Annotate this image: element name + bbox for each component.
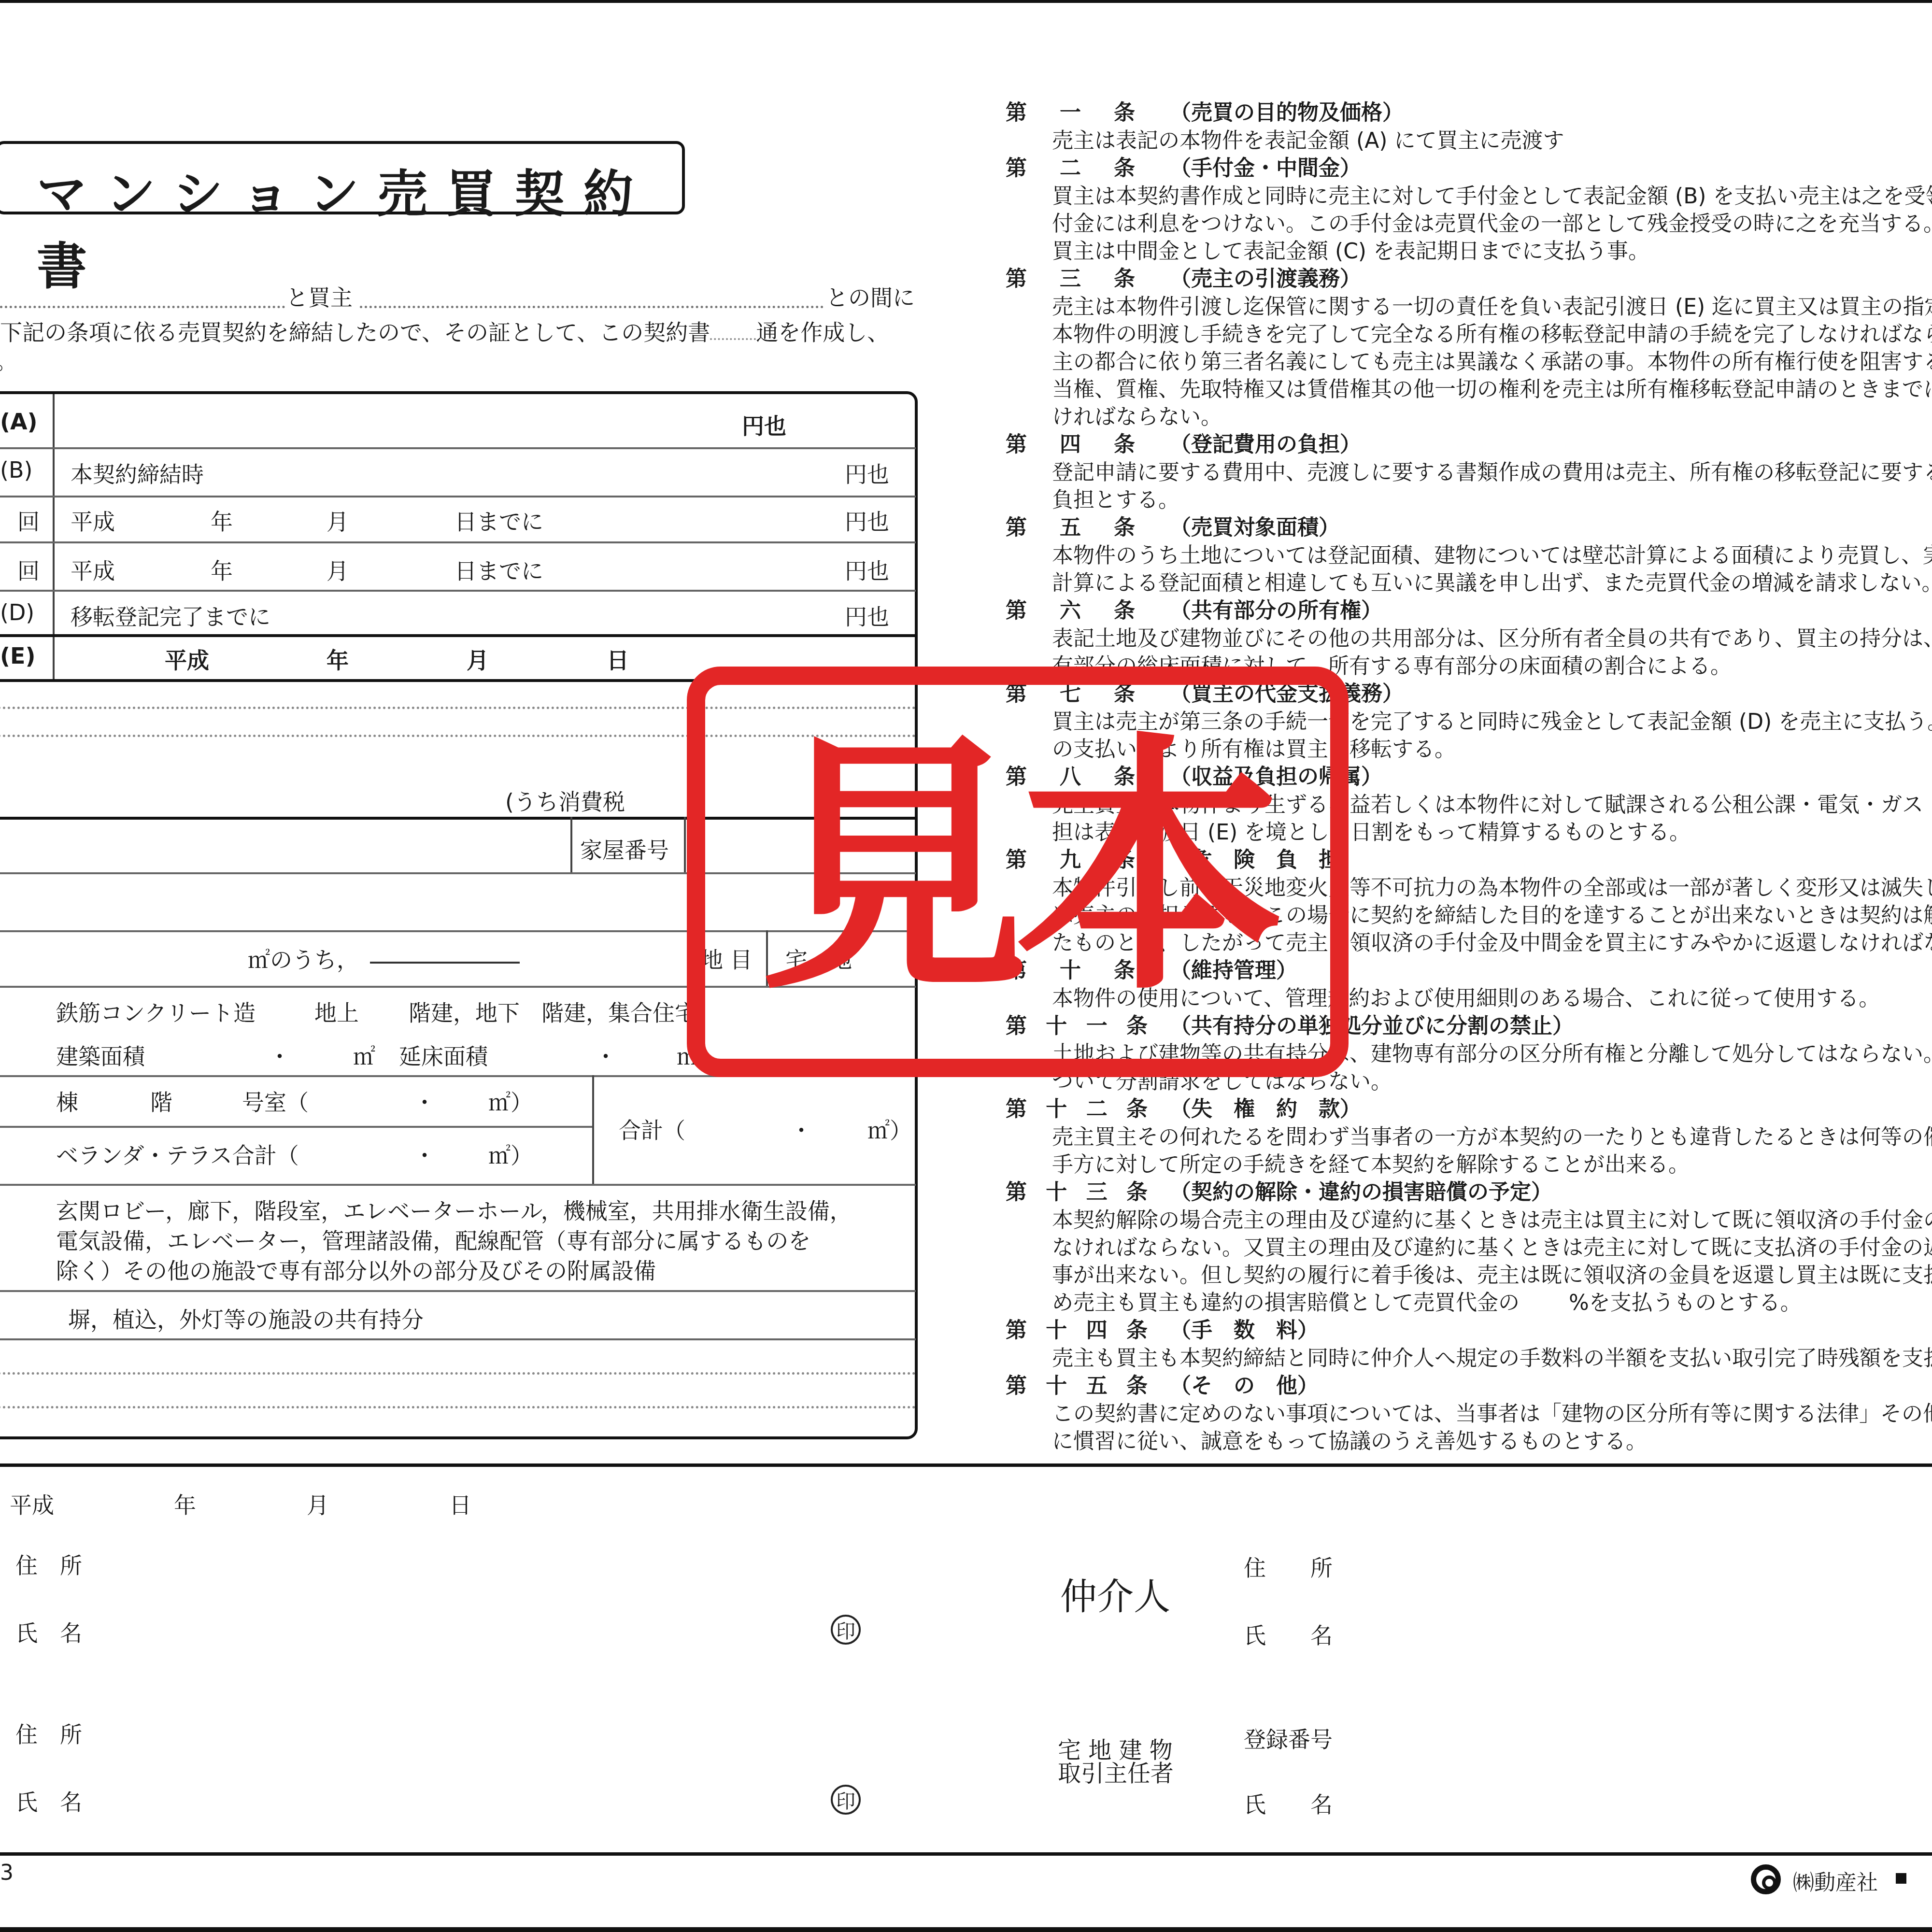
clause-text-line: 売主買主は本物件より生ずる収益若しくは本物件に対して賦課される公租公課・電気・ガ… (1006, 791, 1932, 819)
clause-title: （危 険 負 担） (1170, 846, 1361, 874)
clause-text-line: ければならない。 (1006, 403, 1932, 431)
row-c1-yen: 円也 (845, 504, 889, 536)
clause-heading: 第 九 条（危 険 負 担） (1006, 846, 1932, 874)
clause-title: （契約の解除・違約の損害賠償の予定） (1170, 1179, 1552, 1207)
clause-number: 第 十 二 条 (1006, 1095, 1170, 1123)
seal-icon: 印 (831, 1785, 861, 1815)
row-divider (0, 986, 916, 988)
sign-date-year: 年 (174, 1488, 196, 1520)
clause-text-line: たものとし、したがって売主は領収済の手付金及中間金を買主にすみやかに返還しなけれ… (1006, 929, 1932, 957)
copies-suffix: 通を作成し、 (756, 319, 889, 345)
row-c2-yen: 円也 (845, 554, 889, 585)
row-c1-era: 平成 (71, 504, 115, 536)
floors-residential: 階建，集合住宅 (541, 995, 697, 1027)
clause-heading: 第 十 四 条（手 数 料） (1006, 1317, 1932, 1345)
row-c1-month: 月 (327, 504, 349, 536)
row-divider (0, 1338, 916, 1340)
clause-text-line: 買主は売主が第三条の手続一切を完了すると同時に残金として表記金額 (D) を売主… (1006, 708, 1932, 736)
clause-text-line: 担は表記引渡日 (E) を境として日割をもって精算するものとする。 (1006, 819, 1932, 846)
clause-text-line: 本物件引渡し前に天災地変火災等不可抗力の為本物件の全部或は一部が著しく変形又は滅… (1006, 874, 1932, 902)
unit-room: 号室（ (242, 1085, 309, 1117)
row-d-code: (D) (0, 599, 34, 625)
clause-number: 第 六 条 (1006, 597, 1170, 625)
row-a-yen: 円也 (742, 409, 786, 440)
clause-title: （売買対象面積） (1170, 514, 1340, 542)
clause-heading: 第 八 条（収益及負担の帰属） (1006, 763, 1932, 791)
clause-text-line: 本契約解除の場合売主の理由及び違約に基くときは売主は買主に対して既に領収済の手付… (1006, 1207, 1932, 1234)
clause-number: 第 八 条 (1006, 763, 1170, 791)
party2-address-label: 住 所 (15, 1717, 82, 1749)
cell-divider (592, 1075, 594, 1184)
notes-line-2[interactable] (0, 1406, 916, 1408)
clause-title: （買主の代金支払義務） (1170, 680, 1404, 708)
row-divider (0, 496, 916, 497)
clauses: 第 一 条（売買の目的物及価格）売主は表記の本物件を表記金額 (A) にて買主に… (1006, 99, 1932, 1455)
clause-title: （そ の 他） (1170, 1372, 1319, 1400)
sign-date-month: 月 (307, 1488, 329, 1520)
row-e-month: 月 (467, 643, 489, 675)
clause-text-line: に慣習に従い、誠意をもって協議のうえ善処するものとする。 (1006, 1428, 1932, 1455)
clause-text-line: この契約書に定めのない事項については、当事者は「建物の区分所有等に関する法律」そ… (1006, 1400, 1932, 1428)
cell-divider (766, 930, 768, 986)
row-divider (0, 1126, 592, 1128)
clause-text-line: 売主も買主も本契約締結と同時に仲介人へ規定の手数料の半額を支払い取引完了時残額を… (1006, 1345, 1932, 1372)
row-c2-day: 日までに (455, 554, 543, 585)
preamble-text: 下記の条項に依る売買契約を締結したので、その証として、この契約書 (0, 319, 710, 345)
broker-name-label: 氏 名 (1244, 1618, 1333, 1650)
clause-text-line: 本物件のうち土地については登記面積、建物については壁芯計算による面積により売買し… (1006, 542, 1932, 569)
contract-form: (A) 円也 (B) 本契約締結時 円也 回 平成 年 月 日までに 円也 回 … (0, 391, 918, 1439)
clause-number: 第 二 条 (1006, 155, 1170, 183)
clause-title: （手付金・中間金） (1170, 155, 1361, 183)
clause-heading: 第 十 一 条（共有持分の単独処分並びに分割の禁止） (1006, 1012, 1932, 1040)
area-blank[interactable] (370, 962, 520, 964)
clause-text-line: の支払いにより所有権は買主に移転する。 (1006, 736, 1932, 763)
seal-icon: 印 (831, 1615, 861, 1645)
row-b-code: (B) (0, 457, 32, 483)
clause-heading: 第 六 条（共有部分の所有権） (1006, 597, 1932, 625)
clause-number: 第 十 四 条 (1006, 1317, 1170, 1345)
row-b-yen: 円也 (845, 457, 889, 489)
square-bullet-icon (1896, 1873, 1906, 1884)
preamble-line2: 下記の条項に依る売買契約を締結したので、その証として、この契約書通を作成し、 (0, 315, 889, 347)
copies-blank[interactable] (710, 338, 756, 340)
location-line-2[interactable] (0, 735, 916, 737)
row-c2-era: 平成 (71, 554, 115, 585)
party1-name-label: 氏 名 (15, 1616, 82, 1648)
clause-text-line: 本物件の使用について、管理規約および使用細則のある場合、これに従って使用する。 (1006, 985, 1932, 1012)
party2-name-label: 氏 名 (15, 1785, 82, 1817)
clause-text-line: 事が出来ない。但し契約の履行に着手後は、売主は既に領収済の金員を返還し買主は既に… (1006, 1262, 1932, 1289)
clause-title: （登記費用の負担） (1170, 431, 1361, 459)
preamble-line3: 。 (0, 344, 17, 376)
row-c1-day: 日までに (455, 504, 543, 536)
row-divider (0, 679, 916, 682)
unit-sqm: ㎡ (677, 1039, 699, 1071)
clause-text-line: 当権、質権、先取特権又は賃借権其の他一切の権利を売主は所有権移転登記申請のときま… (1006, 376, 1932, 403)
total-floor-label: 延床面積 (399, 1039, 488, 1071)
broker-label: 仲介人 (1060, 1567, 1170, 1620)
clause-text-line: ついて分割請求をしてはならない。 (1006, 1068, 1932, 1095)
clause-heading: 第 十 三 条（契約の解除・違約の損害賠償の予定） (1006, 1179, 1932, 1207)
clause-text-line: 有部分の総床面積に対して、所有する専有部分の床面積の割合による。 (1006, 653, 1932, 680)
row-a-code: (A) (0, 409, 38, 435)
clause-title: （手 数 料） (1170, 1317, 1319, 1345)
row-divider (0, 1075, 916, 1077)
row-b-text: 本契約締結時 (71, 457, 204, 489)
clause-number: 第 十 一 条 (1006, 1012, 1170, 1040)
house-number-label: 家屋番号 (580, 833, 669, 865)
total-close: ㎡） (867, 1113, 912, 1145)
unit-floor: 階 (150, 1085, 172, 1117)
dot: ・ (413, 1138, 436, 1170)
clause-number: 第 一 条 (1006, 99, 1170, 127)
seller-name-line[interactable] (0, 306, 285, 308)
clause-text-line: め売主も買主も違約の損害賠償として売買代金の %を支払うものとする。 (1006, 1289, 1932, 1317)
cell-divider (690, 930, 692, 986)
dot: ・ (413, 1085, 436, 1117)
bottom-border (0, 1927, 1932, 1932)
between-label: との間に (826, 280, 915, 312)
clause-text-line: 土地および建物等の共有持分は、建物専有部分の区分所有権と分離して処分してはならな… (1006, 1040, 1932, 1068)
building-area-label: 建築面積 (56, 1039, 145, 1071)
structure: 鉄筋コンクリート造 (56, 995, 256, 1027)
location-line-1[interactable] (0, 707, 916, 709)
sign-date-day: 日 (449, 1488, 471, 1520)
agent-label-line1: 宅 地 建 物 (1058, 1739, 1174, 1762)
document-title: マンション売買契約書 (37, 154, 682, 298)
clause-title: （失 権 約 款） (1170, 1095, 1361, 1123)
clause-text-line: 計算による登記面積と相違しても互いに異議を申し出ず、また売買代金の増減を請求しな… (1006, 569, 1932, 597)
clause-heading: 第 七 条（買主の代金支払義務） (1006, 680, 1932, 708)
row-divider (0, 634, 916, 637)
top-border (0, 0, 1932, 3)
row-divider (0, 1290, 916, 1292)
form-number: 3 (0, 1861, 14, 1885)
area-label: ㎡のうち， (248, 942, 359, 974)
clause-heading: 第 一 条（売買の目的物及価格） (1006, 99, 1932, 127)
clause-number: 第 十 条 (1006, 957, 1170, 985)
clause-title: （維持管理） (1170, 957, 1297, 985)
clause-number: 第 三 条 (1006, 265, 1170, 293)
clause-text-line: 売主買主その何れたるを問わず当事者の一方が本契約の一たりとも違背したるときは何等… (1006, 1123, 1932, 1151)
dot: ・ (595, 1039, 617, 1071)
clause-number: 第 九 条 (1006, 846, 1170, 874)
buyer-name-line[interactable] (360, 306, 824, 308)
signature-separator (0, 1463, 1932, 1467)
row-divider (0, 930, 916, 932)
clause-text-line: 買主は中間金として表記金額 (C) を表記期日までに支払う事。 (1006, 238, 1932, 265)
publisher-name: ㈱動産社 (1793, 1865, 1878, 1896)
clause-text-line: 登記申請に要する費用中、売渡しに要する書類作成の費用は売主、所有権の移転登記に要… (1006, 459, 1932, 486)
row-c1-year: 年 (211, 504, 233, 536)
above-ground: 地上 (314, 995, 359, 1027)
buyer-label: と買主 (286, 280, 353, 312)
clause-number: 第 十 三 条 (1006, 1179, 1170, 1207)
row-divider (0, 1184, 916, 1186)
clause-text-line: 売主は本物件引渡し迄保管に関する一切の責任を負い表記引渡日 (E) 迄に買主又は… (1006, 293, 1932, 321)
common-line: 除く）その他の施設で専有部分以外の部分及びその附属設備 (56, 1256, 852, 1286)
clause-text-line: 付金には利息をつけない。この手付金は売買代金の一部として残金授受の時に之を充当す… (1006, 210, 1932, 238)
clause-title: （共有部分の所有権） (1170, 597, 1382, 625)
unit-close: ㎡） (488, 1085, 533, 1117)
clause-title: （収益及負担の帰属） (1170, 763, 1382, 791)
row-e-year: 年 (327, 643, 349, 675)
row-d-text: 移転登記完了までに (71, 599, 270, 631)
agent-name-label: 氏 名 (1244, 1787, 1333, 1819)
agent-label-line2: 取引主任者 (1058, 1762, 1174, 1785)
dot: ・ (269, 1039, 291, 1071)
clause-heading: 第 二 条（手付金・中間金） (1006, 155, 1932, 183)
notes-line-1[interactable] (0, 1372, 916, 1375)
cell-divider (684, 817, 686, 872)
row-divider (0, 872, 916, 874)
common-line: 電気設備，エレベーター，管理諸設備，配線配管（専有部分に属するものを (56, 1226, 852, 1256)
publisher-logo-icon (1751, 1864, 1781, 1894)
tax-label: (うち消費税 (505, 784, 625, 816)
clause-text-line: 主の都合に依り第三者名義にしても売主は異議なく承諾の事。本物件の所有権行使を阻害… (1006, 348, 1932, 376)
clause-text-line: 表記土地及び建物並びにその他の共用部分は、区分所有者全員の共有であり、買主の持分… (1006, 625, 1932, 653)
clause-heading: 第 五 条（売買対象面積） (1006, 514, 1932, 542)
clause-heading: 第 三 条（売主の引渡義務） (1006, 265, 1932, 293)
common-share: 塀，植込，外灯等の施設の共有持分 (68, 1302, 424, 1334)
row-c2-code: 回 (17, 554, 40, 585)
title-box: マンション売買契約書 (0, 141, 685, 214)
row-c2-year: 年 (211, 554, 233, 585)
row-c2-month: 月 (327, 554, 349, 585)
clause-heading: 第 四 条（登記費用の負担） (1006, 431, 1932, 459)
clause-text-line: 負担とする。 (1006, 486, 1932, 514)
row-d-yen: 円也 (845, 599, 889, 631)
clause-title: （売買の目的物及価格） (1170, 99, 1404, 127)
clause-text-line: 売主は表記の本物件を表記金額 (A) にて買主に売渡す (1006, 127, 1932, 155)
footer-separator (0, 1852, 1932, 1856)
row-divider (0, 447, 916, 449)
cell-divider (570, 817, 572, 872)
row-c1-code: 回 (17, 504, 40, 536)
unit-building: 棟 (56, 1085, 78, 1117)
broker-address-label: 住 所 (1244, 1550, 1333, 1582)
row-divider (0, 817, 916, 820)
clause-number: 第 四 条 (1006, 431, 1170, 459)
land-category-label: 地 目 (701, 942, 753, 974)
unit-sqm: ㎡ (353, 1039, 375, 1071)
sign-date-era: 平成 (10, 1488, 54, 1520)
clause-number: 第 七 条 (1006, 680, 1170, 708)
clause-text-line: なければならない。又買主の理由及び違約に基くときは売主に対して既に支払済の手付金… (1006, 1234, 1932, 1262)
party1-address-label: 住 所 (15, 1548, 82, 1580)
clause-number: 第 五 条 (1006, 514, 1170, 542)
clause-heading: 第 十 二 条（失 権 約 款） (1006, 1095, 1932, 1123)
clause-heading: 第 十 五 条（そ の 他） (1006, 1372, 1932, 1400)
row-e-day: 日 (607, 643, 629, 675)
row-divider (0, 590, 916, 592)
veranda-close: ㎡） (488, 1138, 533, 1170)
dot: ・ (790, 1113, 812, 1145)
clause-title: （売主の引渡義務） (1170, 265, 1361, 293)
clause-title: （共有持分の単独処分並びに分割の禁止） (1170, 1012, 1574, 1040)
common-line: 玄関ロビー，廊下，階段室，エレベーターホール，機械室，共用排水衛生設備， (56, 1196, 852, 1226)
veranda-label: ベランダ・テラス合計（ (56, 1138, 299, 1170)
row-e-code: (E) (0, 643, 35, 669)
publisher-info (1913, 1863, 1916, 1875)
clause-text-line: 手方に対して所定の手続きを経て本契約を解除することが出来る。 (1006, 1151, 1932, 1179)
land-category-value: 宅 地 (785, 942, 852, 974)
floors-underground: 階建，地下 (409, 995, 520, 1027)
clause-text-line: 買主は本契約書作成と同時に売主に対して手付金として表記金額 (B) を支払い売主… (1006, 183, 1932, 210)
clause-number: 第 十 五 条 (1006, 1372, 1170, 1400)
clause-heading: 第 十 条（維持管理） (1006, 957, 1932, 985)
row-divider (0, 541, 916, 543)
agent-registration-label: 登録番号 (1244, 1722, 1333, 1754)
agent-label: 宅 地 建 物 取引主任者 (1058, 1739, 1174, 1785)
clause-text-line: は売主の負担とする。この場合に契約を締結した目的を達することが出来ないときは契約… (1006, 902, 1932, 929)
row-e-era: 平成 (165, 643, 209, 675)
clause-text-line: 本物件の明渡し手続きを完了して完全なる所有権の移転登記申請の手続を完了しなければ… (1006, 321, 1932, 348)
total-label: 合計（ (619, 1113, 685, 1145)
common-facilities: 玄関ロビー，廊下，階段室，エレベーターホール，機械室，共用排水衛生設備， 電気設… (56, 1196, 852, 1286)
